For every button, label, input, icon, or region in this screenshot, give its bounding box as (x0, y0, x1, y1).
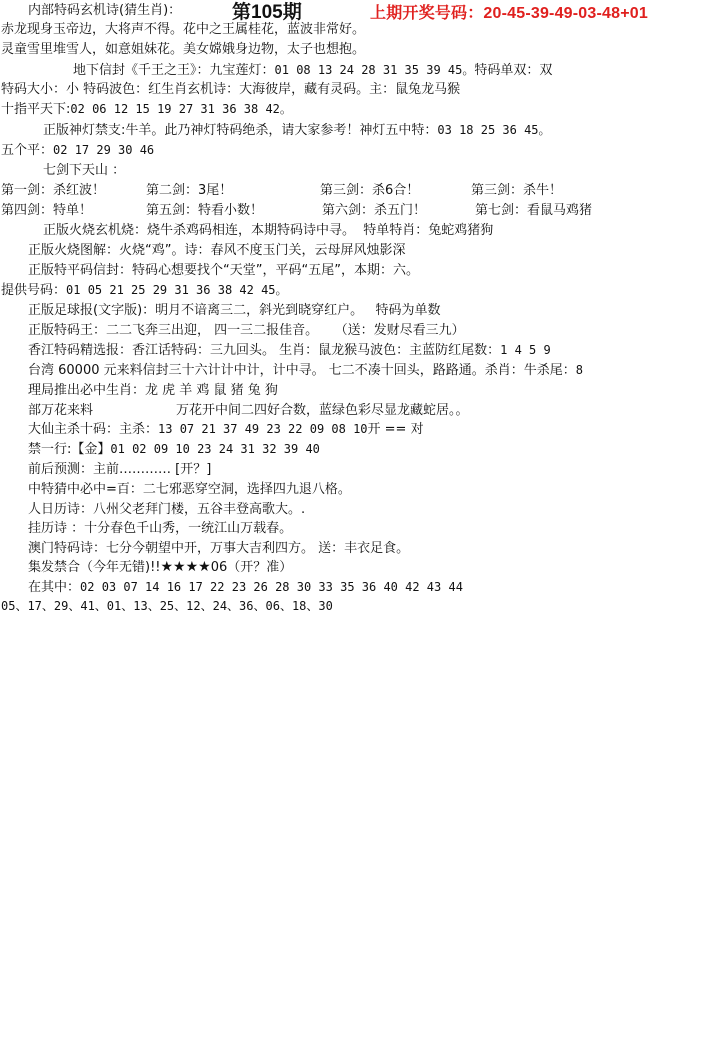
last-draw-numbers: 20-45-39-49-03-48+01 (483, 5, 648, 22)
sword-label: 第七剑： (475, 203, 527, 218)
wugeping-label: 五个平： (1, 143, 53, 158)
xiangjiang-line: 香江特码精选报：香江话特码：三九回头。 生肖：鼠龙猴马波色：主蓝防红尾数：1 4… (28, 341, 551, 360)
page-title: 内部特码玄机诗(猜生肖)： (28, 1, 181, 20)
sword-3b: 第三剑：杀牛！ (471, 181, 562, 200)
daxian-line: 大仙主杀十码：主杀：13 07 21 37 49 23 22 09 08 10开… (28, 420, 424, 439)
shendeng-line: 正版神灯禁支:牛羊。此乃神灯特码绝杀，请大家参考！神灯五中特：03 18 25 … (43, 121, 551, 140)
daxian-suffix: 开 == 对 (368, 422, 424, 437)
bottom-numbers: 05、17、29、41、01、13、25、12、24、36、06、18、30 (1, 597, 333, 616)
sword-value: 杀牛！ (523, 183, 562, 198)
sword-3: 第三剑：杀6合！ (320, 181, 419, 200)
shendeng-text: 正版神灯禁支:牛羊。此乃神灯特码绝杀，请大家参考！神灯五中特： (43, 123, 437, 138)
huoshao-tujie-line: 正版火烧图解：火烧“鸡”。诗：春风不度玉门关，云母屏风烛影深 (28, 241, 405, 260)
sword-label: 第二剑： (146, 183, 198, 198)
sword-4: 第四剑：特单！ (1, 201, 92, 220)
sword-1: 第一剑：杀红波！ (1, 181, 105, 200)
qijian-title: 七剑下天山 ： (43, 161, 125, 180)
sword-value: 杀红波！ (53, 183, 105, 198)
sword-value: 杀6合！ (372, 183, 419, 198)
xiangjiang-text: 香江特码精选报：香江话特码：三九回头。 生肖：鼠龙猴马波色：主蓝防红尾数： (28, 343, 500, 358)
dixia-label: 地下信封《千王之王》：九宝莲灯： (73, 63, 275, 78)
shizhi-line: 十指平天下:02 06 12 15 19 27 31 36 38 42。 (1, 100, 292, 119)
dixia-numbers: 01 08 13 24 28 31 35 39 45。 (275, 63, 475, 77)
shizhi-numbers: 02 06 12 15 19 27 31 36 38 42。 (70, 102, 292, 116)
zhongte-line: 中特猜中必中=百：二七邪恶穿空洞，选择四九退八格。 (28, 480, 351, 499)
sword-label: 第一剑： (1, 183, 53, 198)
sword-label: 第五剑： (146, 203, 198, 218)
sword-6: 第六剑：杀五门！ (322, 201, 426, 220)
wugeping-numbers: 02 17 29 30 46 (53, 143, 154, 157)
taiwan-text: 台湾 60000 元来料信封三十六计计中计，计中寻。 七二不凑十回头，路路通。杀… (28, 363, 576, 378)
daxian-label: 大仙主杀十码：主杀： (28, 422, 158, 437)
huoshao-line: 正版火烧玄机烧：烧牛杀鸡码相连，本期特码诗中寻。 特单特肖：兔蛇鸡猪狗 (43, 221, 493, 240)
shendeng-numbers: 03 18 25 36 45。 (437, 123, 550, 137)
daxian-numbers: 13 07 21 37 49 23 22 09 08 10 (158, 422, 368, 436)
taiwan-tail-number: 8 (576, 363, 583, 377)
tigong-numbers: 01 05 21 25 29 31 36 38 42 45。 (66, 283, 288, 297)
tigong-label: 提供号码： (1, 283, 66, 298)
sword-value: 杀五门！ (374, 203, 426, 218)
sword-label: 第六剑： (322, 203, 374, 218)
dixia-suffix: 特码单双：双 (474, 63, 552, 78)
last-draw-label: 上期开奖号码： (370, 5, 483, 22)
jinyihang-numbers: 01 02 09 10 23 24 31 32 39 40 (110, 442, 320, 456)
sword-5: 第五剑：特看小数！ (146, 201, 263, 220)
shizhi-label: 十指平天下: (1, 102, 70, 117)
sword-value: 特单！ (53, 203, 92, 218)
sword-2: 第二剑：3尾！ (146, 181, 232, 200)
poem-line-1: 赤龙现身玉帝边，大将声不得。花中之王属桂花，蓝波非常好。 (1, 20, 365, 39)
wanhua-label: 部万花来料 (28, 401, 93, 420)
zuqiubao-line: 正版足球报(文字版)：明月不谙离三二，斜光到晓穿红户。 特码为单数 (28, 301, 441, 320)
qianhou-line: 前后预测：主前………… [开？] (28, 460, 211, 479)
jinyihang-label: 禁一行:【金】 (28, 442, 110, 457)
zaiqi-line: 在其中：02 03 07 14 16 17 22 23 26 28 30 33 … (28, 578, 463, 597)
sword-7: 第七剑：看鼠马鸡猪 (475, 201, 592, 220)
jifa-prefix: 集发禁合（今年无错)!! (28, 560, 161, 575)
sword-value: 特看小数！ (198, 203, 263, 218)
guali-line: 挂历诗 ：十分春色千山秀，一统江山万载春。 (28, 519, 292, 538)
last-draw: 上期开奖号码：20-45-39-49-03-48+01 (370, 0, 648, 23)
star-icon: ★★★★ (161, 559, 211, 575)
poem-line-2: 灵童雪里堆雪人，如意姐妹花。美女嫦娥身边物，太子也想抱。 (1, 40, 365, 59)
dixia-line: 地下信封《千王之王》：九宝莲灯：01 08 13 24 28 31 35 39 … (73, 61, 552, 80)
tigong-line: 提供号码：01 05 21 25 29 31 36 38 42 45。 (1, 281, 288, 300)
zaiqi-label: 在其中： (28, 580, 80, 595)
wanhua-text: 万花开中间二四好合数，蓝绿色彩尽显龙藏蛇居。。 (176, 401, 469, 420)
aomen-line: 澳门特码诗：七分今朝望中开，万事大吉利四方。 送：丰衣足食。 (28, 539, 409, 558)
tepingma-line: 正版特平码信封：特码心想要找个“天堂”，平码“五尾”，本期：六。 (28, 261, 419, 280)
taiwan-line: 台湾 60000 元来料信封三十六计计中计，计中寻。 七二不凑十回头，路路通。杀… (28, 361, 583, 380)
jinyihang-line: 禁一行:【金】01 02 09 10 23 24 31 32 39 40 (28, 440, 320, 459)
sword-label: 第三剑： (320, 183, 372, 198)
temawang-line: 正版特码王：二二飞奔三出迎， 四一三二报佳音。 （送：发财尽看三九） (28, 321, 465, 340)
size-color-line: 特码大小：小 特码波色：红生肖玄机诗：大海彼岸，藏有灵码。主：鼠兔龙马猴 (1, 80, 460, 99)
renri-line: 人日历诗：八州父老拜门楼，五谷丰登高歌大。. (28, 500, 305, 519)
sword-label: 第四剑： (1, 203, 53, 218)
wugeping-line: 五个平：02 17 29 30 46 (1, 141, 154, 160)
xiangjiang-tail-numbers: 1 4 5 9 (500, 343, 551, 357)
sword-value: 3尾！ (198, 183, 232, 198)
liju-line: 理局推出必中生肖：龙 虎 羊 鸡 鼠 猪 兔 狗 (28, 381, 278, 400)
sword-value: 看鼠马鸡猪 (527, 203, 592, 218)
jifa-line: 集发禁合（今年无错)!!★★★★06（开？准） (28, 558, 292, 577)
sword-label: 第三剑： (471, 183, 523, 198)
jifa-suffix: 06（开？准） (211, 560, 293, 575)
zaiqi-numbers: 02 03 07 14 16 17 22 23 26 28 30 33 35 3… (80, 580, 463, 594)
